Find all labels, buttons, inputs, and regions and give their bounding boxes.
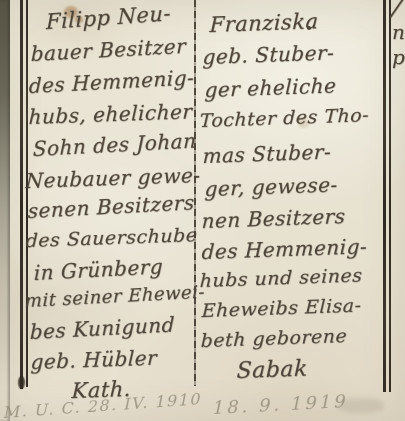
- margin-fragment: /: [391, 0, 403, 21]
- handwriting-line: Neubauer gewe-: [25, 165, 201, 191]
- handwriting-line: geb. Stuber-: [202, 42, 334, 67]
- handwriting-line: mas Stuber-: [202, 142, 331, 167]
- handwriting-line: hubs und seines: [199, 266, 362, 291]
- handwriting-line: Eheweibs Elisa-: [201, 296, 361, 321]
- left-margin-rule-outer: [20, 0, 23, 389]
- handwriting-line: senen Besitzers: [28, 192, 195, 221]
- handwriting-line: in Grünberg: [34, 256, 164, 283]
- handwriting-line: ger, gewese-: [204, 174, 338, 199]
- right-margin-rule-inner: [389, 0, 391, 392]
- handwriting-line: beth geborene: [200, 327, 347, 351]
- handwriting-line: Franziska: [209, 11, 319, 36]
- handwriting-line-surname: Sabak: [236, 359, 308, 384]
- scanned-register-page: Filipp Neu- bauer Besitzer des Hemmenig-…: [0, 0, 405, 421]
- pencil-date-left: M. U. C. 28. IV. 1910: [4, 391, 202, 421]
- handwriting-line: des Hemmenig-: [201, 236, 367, 262]
- right-margin-rule-outer: [383, 0, 386, 392]
- handwriting-line: ger eheliche: [204, 75, 336, 100]
- handwriting-line: hubs, ehelicher: [28, 101, 192, 127]
- handwriting-line: nen Besitzers: [201, 206, 346, 231]
- handwriting-line: mit seiner Ehewei-: [25, 284, 205, 311]
- margin-fragment: n: [392, 22, 405, 42]
- handwriting-line: Filipp Neu-: [46, 3, 171, 33]
- handwriting-line: bes Kunigund: [30, 314, 175, 342]
- handwriting-line: geb. Hübler: [30, 348, 157, 372]
- handwriting-line: des Sauerschube: [25, 226, 197, 251]
- handwriting-line: Sohn des Johan: [33, 130, 197, 159]
- handwriting-line: bauer Besitzer: [31, 36, 187, 64]
- handwriting-line: Tochter des Tho-: [199, 106, 369, 131]
- rule-end-ink-blot: [18, 376, 25, 389]
- pencil-date-right: 18. 9. 1919: [213, 393, 349, 418]
- handwriting-line: des Hemmenig-: [29, 67, 195, 96]
- left-margin-rule-inner: [26, 0, 28, 387]
- margin-fragment: p: [392, 47, 405, 67]
- page-gutter-shadow: [0, 0, 10, 421]
